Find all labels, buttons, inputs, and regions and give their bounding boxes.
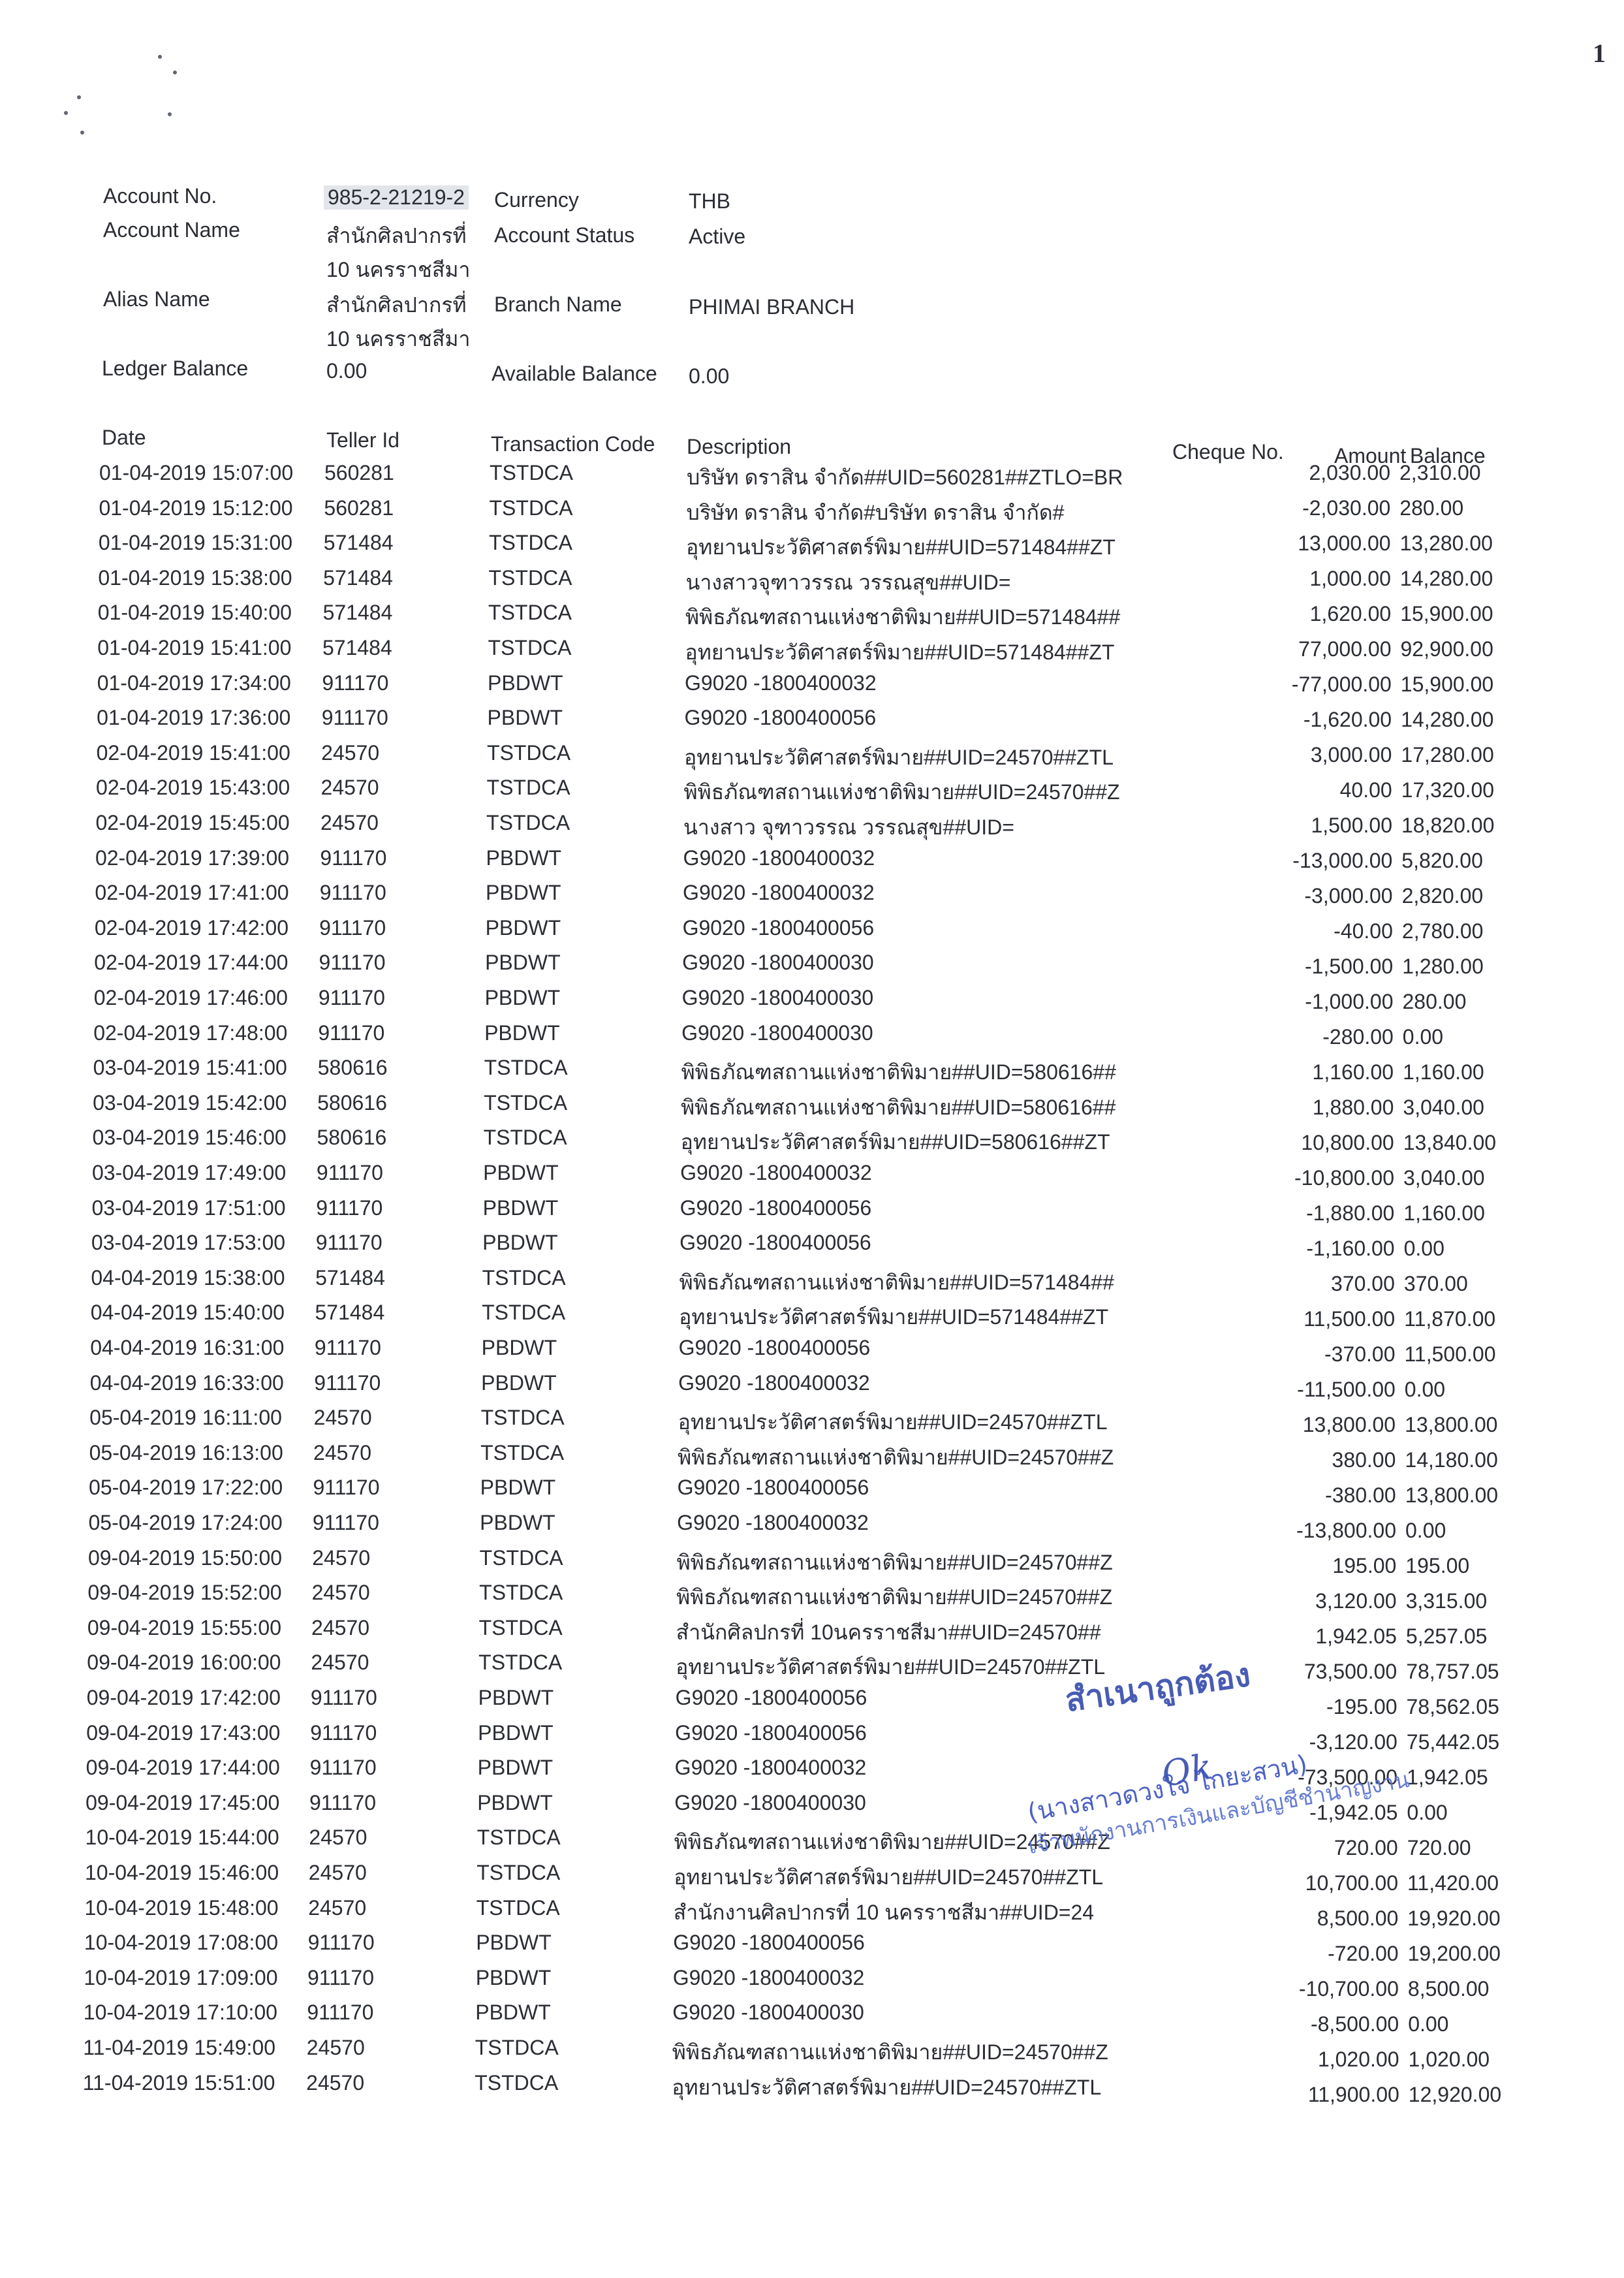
cell-balance: 5,820.00 — [1401, 849, 1483, 873]
cell-teller-id: 24570 — [321, 741, 379, 765]
table-row: 10-04-2019 15:44:0024570TSTDCAพิพิธภัณฑส… — [0, 1826, 1624, 1858]
cell-teller-id: 571484 — [315, 1301, 384, 1325]
cell-transaction-code: TSTDCA — [484, 1056, 568, 1080]
alias-name-line2: 10 นครราชสีมา — [326, 323, 470, 356]
table-row: 09-04-2019 15:50:0024570TSTDCAพิพิธภัณฑส… — [0, 1546, 1624, 1579]
cell-teller-id: 24570 — [312, 1581, 370, 1605]
cell-teller-id: 24570 — [308, 1896, 366, 1920]
alias-name-line1: สำนักศิลปากรที่ — [326, 289, 467, 322]
cell-teller-id: 911170 — [318, 1021, 384, 1045]
table-row: 11-04-2019 15:49:0024570TSTDCAพิพิธภัณฑส… — [0, 2036, 1624, 2068]
cell-amount: 380.00 — [1226, 1448, 1396, 1472]
cell-amount: -370.00 — [1226, 1342, 1396, 1367]
cell-teller-id: 571484 — [315, 1266, 385, 1290]
cell-teller-id: 911170 — [315, 1336, 381, 1360]
cell-balance: 1,160.00 — [1403, 1060, 1484, 1084]
table-row: 10-04-2019 15:48:0024570TSTDCAสำนักงานศิ… — [0, 1896, 1624, 1929]
cell-amount: -720.00 — [1229, 1942, 1399, 1966]
table-row: 05-04-2019 17:22:00911170PBDWTG9020 -180… — [0, 1476, 1624, 1508]
cell-teller-id: 24570 — [311, 1651, 369, 1675]
cell-date: 02-04-2019 17:44:00 — [94, 951, 288, 975]
cell-description: อุทยานประวัติศาสตร์พิมาย##UID=24570##ZTL — [676, 1651, 1105, 1684]
account-status-value: Active — [689, 225, 745, 249]
cell-date: 10-04-2019 17:10:00 — [84, 2001, 277, 2025]
cell-description: G9020 -1800400032 — [685, 671, 877, 695]
cell-balance: 75,442.05 — [1407, 1730, 1499, 1754]
account-no-value: 985-2-21219-2 — [324, 185, 469, 210]
cell-date: 03-04-2019 17:53:00 — [91, 1231, 285, 1255]
cell-transaction-code: PBDWT — [476, 1931, 552, 1955]
cell-transaction-code: PBDWT — [475, 2001, 551, 2025]
table-row: 01-04-2019 15:12:00560281TSTDCAบริษัท ดร… — [0, 496, 1624, 529]
cell-description: G9020 -1800400032 — [683, 881, 875, 905]
cell-transaction-code: PBDWT — [476, 1966, 552, 1990]
cell-transaction-code: TSTDCA — [487, 741, 570, 765]
cell-amount: -13,800.00 — [1226, 1519, 1396, 1543]
cell-description: G9020 -1800400030 — [672, 2001, 864, 2025]
cell-balance: 370.00 — [1404, 1272, 1468, 1296]
cell-amount: 1,160.00 — [1224, 1060, 1394, 1084]
cell-amount: -280.00 — [1224, 1025, 1394, 1049]
cell-balance: 3,040.00 — [1403, 1166, 1485, 1190]
table-row: 09-04-2019 15:55:0024570TSTDCAสำนักศิลปก… — [0, 1616, 1624, 1649]
speck — [168, 112, 172, 116]
table-row: 05-04-2019 16:13:0024570TSTDCAพิพิธภัณฑส… — [0, 1441, 1624, 1474]
cell-amount: -3,000.00 — [1223, 884, 1393, 908]
cell-transaction-code: TSTDCA — [475, 2071, 558, 2095]
cell-teller-id: 24570 — [311, 1616, 369, 1640]
cell-transaction-code: PBDWT — [486, 916, 561, 940]
cell-description: G9020 -1800400056 — [675, 1721, 867, 1745]
cell-description: G9020 -1800400056 — [683, 916, 875, 940]
cell-date: 05-04-2019 16:13:00 — [89, 1441, 283, 1465]
cell-balance: 78,757.05 — [1406, 1660, 1499, 1684]
cell-description: G9020 -1800400032 — [680, 1161, 872, 1185]
cell-amount: -10,800.00 — [1225, 1166, 1394, 1190]
cell-amount: 11,500.00 — [1225, 1307, 1395, 1331]
cell-date: 09-04-2019 17:43:00 — [86, 1721, 280, 1745]
cell-teller-id: 911170 — [310, 1756, 377, 1780]
cell-description: G9020 -1800400056 — [679, 1231, 871, 1255]
cell-date: 05-04-2019 17:22:00 — [89, 1476, 283, 1500]
cell-transaction-code: PBDWT — [478, 1756, 554, 1780]
cell-balance: 1,280.00 — [1402, 955, 1484, 979]
cell-transaction-code: TSTDCA — [481, 1406, 565, 1430]
cell-teller-id: 911170 — [320, 846, 386, 870]
cell-balance: 13,280.00 — [1400, 531, 1493, 556]
cell-date: 02-04-2019 17:46:00 — [94, 986, 288, 1010]
cell-teller-id: 560281 — [324, 496, 394, 520]
cell-balance: 19,200.00 — [1408, 1942, 1501, 1966]
cell-amount: -8,500.00 — [1229, 2012, 1399, 2036]
cell-teller-id: 911170 — [320, 881, 386, 905]
cell-date: 02-04-2019 15:41:00 — [97, 741, 290, 765]
cell-amount: 11,900.00 — [1230, 2083, 1399, 2107]
cell-transaction-code: PBDWT — [481, 1371, 557, 1395]
cell-teller-id: 580616 — [317, 1091, 387, 1115]
speck — [64, 111, 68, 115]
cell-amount: 720.00 — [1228, 1836, 1398, 1860]
cell-amount: 1,942.05 — [1227, 1624, 1397, 1649]
account-status-label: Account Status — [494, 223, 634, 247]
cell-transaction-code: PBDWT — [477, 1791, 553, 1815]
table-row: 03-04-2019 15:42:00580616TSTDCAพิพิธภัณฑ… — [0, 1091, 1624, 1124]
cell-teller-id: 911170 — [322, 671, 388, 695]
cell-teller-id: 911170 — [319, 986, 385, 1010]
cell-date: 04-04-2019 15:38:00 — [91, 1266, 285, 1290]
cell-date: 02-04-2019 15:43:00 — [96, 776, 290, 800]
cell-balance: 13,800.00 — [1405, 1413, 1497, 1437]
cell-amount: 3,000.00 — [1222, 743, 1392, 767]
cell-date: 04-04-2019 15:40:00 — [91, 1301, 285, 1325]
cell-description: G9020 -1800400032 — [675, 1756, 867, 1780]
cell-amount: 3,120.00 — [1227, 1589, 1397, 1613]
cell-amount: 1,620.00 — [1221, 602, 1391, 626]
cell-transaction-code: TSTDCA — [489, 531, 572, 555]
cell-date: 10-04-2019 17:08:00 — [84, 1931, 278, 1955]
table-row: 10-04-2019 15:46:0024570TSTDCAอุทยานประว… — [0, 1861, 1624, 1893]
cell-amount: -1,880.00 — [1225, 1201, 1394, 1226]
table-row: 02-04-2019 17:39:00911170PBDWTG9020 -180… — [0, 846, 1624, 879]
cell-description: G9020 -1800400056 — [676, 1686, 867, 1710]
cell-amount: 73,500.00 — [1227, 1660, 1397, 1684]
cell-amount: -11,500.00 — [1226, 1378, 1396, 1402]
cell-transaction-code: TSTDCA — [477, 1826, 561, 1850]
col-description: Description — [687, 435, 791, 459]
account-name-label: Account Name — [103, 218, 240, 242]
table-row: 11-04-2019 15:51:0024570TSTDCAอุทยานประว… — [0, 2071, 1624, 2104]
cell-date: 01-04-2019 15:07:00 — [99, 461, 293, 485]
cell-teller-id: 911170 — [307, 1966, 374, 1990]
table-row: 02-04-2019 17:46:00911170PBDWTG9020 -180… — [0, 986, 1624, 1019]
cell-balance: 11,870.00 — [1404, 1307, 1495, 1331]
cell-description: อุทยานประวัติศาสตร์พิมาย##UID=571484##ZT — [679, 1301, 1108, 1334]
cell-description: นางสาวจุฑาวรรณ วรรณสุข##UID= — [686, 566, 1011, 599]
cell-transaction-code: TSTDCA — [487, 776, 570, 800]
table-row: 01-04-2019 15:41:00571484TSTDCAอุทยานประ… — [0, 636, 1624, 669]
cell-amount: 13,000.00 — [1221, 531, 1391, 556]
cell-balance: 15,900.00 — [1400, 602, 1493, 626]
cell-balance: 13,840.00 — [1403, 1131, 1496, 1155]
cell-description: นางสาว จุฑาวรรณ วรรณสุข##UID= — [683, 811, 1014, 844]
table-row: 09-04-2019 17:43:00911170PBDWTG9020 -180… — [0, 1721, 1624, 1754]
table-row: 03-04-2019 17:53:00911170PBDWTG9020 -180… — [0, 1231, 1624, 1263]
table-row: 05-04-2019 16:11:0024570TSTDCAอุทยานประว… — [0, 1406, 1624, 1438]
table-row: 02-04-2019 17:44:00911170PBDWTG9020 -180… — [0, 951, 1624, 983]
table-row: 01-04-2019 15:31:00571484TSTDCAอุทยานประ… — [0, 531, 1624, 563]
table-row: 02-04-2019 15:41:0024570TSTDCAอุทยานประว… — [0, 741, 1624, 774]
cell-teller-id: 911170 — [311, 1686, 377, 1710]
cell-description: G9020 -1800400032 — [677, 1511, 869, 1535]
cell-balance: 18,820.00 — [1401, 814, 1494, 838]
cell-amount: -1,500.00 — [1223, 955, 1393, 979]
cell-balance: 15,900.00 — [1401, 672, 1493, 697]
cell-description: สำนักศิลปกรที่ 10นครราชสีมา##UID=24570## — [676, 1616, 1101, 1649]
table-row: 01-04-2019 17:36:00911170PBDWTG9020 -180… — [0, 706, 1624, 738]
cell-balance: 0.00 — [1403, 1025, 1443, 1049]
cell-balance: 17,320.00 — [1401, 778, 1494, 802]
table-row: 10-04-2019 17:08:00911170PBDWTG9020 -180… — [0, 1931, 1624, 1963]
cell-teller-id: 911170 — [309, 1791, 376, 1815]
cell-description: G9020 -1800400056 — [673, 1931, 865, 1955]
cell-description: G9020 -1800400056 — [685, 706, 877, 730]
available-balance-label: Available Balance — [492, 362, 657, 386]
page-number: 1 — [1593, 38, 1606, 69]
cell-balance: 17,280.00 — [1401, 743, 1493, 767]
cell-amount: -3,120.00 — [1228, 1730, 1398, 1754]
cell-description: บริษัท ดราสิน จำกัด#บริษัท ดราสิน จำกัด# — [687, 496, 1065, 530]
cell-balance: 2,780.00 — [1402, 919, 1484, 943]
table-row: 05-04-2019 17:24:00911170PBDWTG9020 -180… — [0, 1511, 1624, 1543]
table-row: 09-04-2019 16:00:0024570TSTDCAอุทยานประว… — [0, 1651, 1624, 1683]
table-row: 02-04-2019 17:48:00911170PBDWTG9020 -180… — [0, 1021, 1624, 1054]
cell-transaction-code: PBDWT — [485, 951, 561, 975]
table-row: 09-04-2019 15:52:0024570TSTDCAพิพิธภัณฑส… — [0, 1581, 1624, 1613]
cell-amount: 10,800.00 — [1225, 1131, 1394, 1155]
table-row: 04-04-2019 15:40:00571484TSTDCAอุทยานประ… — [0, 1301, 1624, 1333]
available-balance-value: 0.00 — [689, 364, 729, 388]
speck — [173, 71, 177, 74]
cell-transaction-code: PBDWT — [478, 1721, 554, 1745]
cell-balance: 14,180.00 — [1405, 1448, 1497, 1472]
cell-description: พิพิธภัณฑสถานแห่งชาติพิมาย##UID=580616## — [681, 1056, 1116, 1089]
cell-balance: 11,420.00 — [1407, 1871, 1499, 1895]
cell-amount: -1,620.00 — [1222, 708, 1392, 732]
table-row: 01-04-2019 15:40:00571484TSTDCAพิพิธภัณฑ… — [0, 601, 1624, 633]
cell-description: G9020 -1800400030 — [681, 1021, 873, 1045]
cell-amount: 10,700.00 — [1228, 1871, 1398, 1895]
cell-balance: 12,920.00 — [1409, 2083, 1501, 2107]
cell-date: 09-04-2019 15:55:00 — [87, 1616, 281, 1640]
cell-balance: 1,942.05 — [1407, 1765, 1488, 1790]
cell-amount: 40.00 — [1223, 778, 1392, 802]
cell-balance: 0.00 — [1404, 1237, 1444, 1261]
cell-description: G9020 -1800400056 — [678, 1476, 869, 1500]
cell-transaction-code: TSTDCA — [476, 1861, 560, 1885]
cell-description: พิพิธภัณฑสถานแห่งชาติพิมาย##UID=571484## — [685, 601, 1120, 634]
currency-label: Currency — [494, 188, 579, 212]
cell-teller-id: 911170 — [319, 951, 386, 975]
cell-date: 02-04-2019 17:42:00 — [95, 916, 289, 940]
cell-transaction-code: TSTDCA — [488, 601, 572, 625]
cell-transaction-code: PBDWT — [482, 1231, 558, 1255]
cell-amount: 77,000.00 — [1222, 637, 1392, 661]
cell-date: 09-04-2019 15:52:00 — [87, 1581, 281, 1605]
cell-description: อุทยานประวัติศาสตร์พิมาย##UID=24570##ZTL — [684, 741, 1114, 774]
cell-date: 05-04-2019 16:11:00 — [89, 1406, 282, 1430]
cell-date: 01-04-2019 15:31:00 — [99, 531, 292, 555]
col-teller-id: Teller Id — [326, 428, 399, 452]
cell-teller-id: 911170 — [308, 1931, 375, 1955]
table-row: 09-04-2019 17:42:00911170PBDWTG9020 -180… — [0, 1686, 1624, 1718]
table-row: 10-04-2019 17:10:00911170PBDWTG9020 -180… — [0, 2001, 1624, 2033]
table-row: 04-04-2019 16:31:00911170PBDWTG9020 -180… — [0, 1336, 1624, 1368]
cell-amount: -380.00 — [1226, 1483, 1396, 1508]
currency-value: THB — [689, 189, 730, 214]
cell-amount: 1,000.00 — [1221, 567, 1391, 591]
cell-date: 03-04-2019 17:51:00 — [91, 1196, 285, 1220]
speck — [77, 95, 81, 99]
cell-teller-id: 911170 — [314, 1371, 381, 1395]
cell-teller-id: 24570 — [309, 1826, 367, 1850]
cell-teller-id: 571484 — [324, 531, 394, 555]
cell-date: 09-04-2019 17:42:00 — [87, 1686, 281, 1710]
cell-balance: 13,800.00 — [1405, 1483, 1498, 1508]
cell-date: 03-04-2019 15:41:00 — [93, 1056, 287, 1080]
table-row: 04-04-2019 16:33:00911170PBDWTG9020 -180… — [0, 1371, 1624, 1404]
cell-description: G9020 -1800400030 — [682, 951, 874, 975]
cell-date: 02-04-2019 17:48:00 — [93, 1021, 287, 1045]
table-row: 03-04-2019 17:51:00911170PBDWTG9020 -180… — [0, 1196, 1624, 1229]
cell-teller-id: 580616 — [317, 1126, 387, 1150]
cell-transaction-code: TSTDCA — [482, 1266, 566, 1290]
table-row: 02-04-2019 17:42:00911170PBDWTG9020 -180… — [0, 916, 1624, 949]
cell-teller-id: 571484 — [323, 566, 393, 590]
cell-teller-id: 24570 — [314, 1406, 372, 1430]
cell-teller-id: 24570 — [306, 2071, 364, 2095]
cell-transaction-code: TSTDCA — [475, 2036, 559, 2060]
speck — [158, 55, 162, 59]
cell-balance: 2,820.00 — [1402, 884, 1484, 908]
cell-teller-id: 911170 — [317, 1161, 383, 1185]
cell-transaction-code: TSTDCA — [476, 1896, 560, 1920]
cell-amount: -77,000.00 — [1222, 672, 1392, 697]
cell-balance: 280.00 — [1403, 990, 1467, 1014]
cell-amount: -2,030.00 — [1221, 496, 1390, 520]
table-row: 01-04-2019 15:07:00560281TSTDCAบริษัท ดร… — [0, 461, 1624, 494]
cell-transaction-code: PBDWT — [486, 881, 561, 905]
cell-transaction-code: TSTDCA — [486, 811, 570, 835]
cell-amount: 195.00 — [1226, 1554, 1396, 1578]
cell-description: พิพิธภัณฑสถานแห่งชาติพิมาย##UID=24570##Z — [676, 1581, 1112, 1614]
cell-teller-id: 24570 — [320, 811, 379, 835]
cell-description: G9020 -1800400056 — [680, 1196, 872, 1220]
cell-transaction-code: TSTDCA — [484, 1126, 567, 1150]
cell-amount: 8,500.00 — [1228, 1906, 1398, 1931]
cell-teller-id: 24570 — [307, 2036, 365, 2060]
table-row: 01-04-2019 17:34:00911170PBDWTG9020 -180… — [0, 671, 1624, 704]
cell-transaction-code: TSTDCA — [478, 1651, 562, 1675]
cell-teller-id: 911170 — [319, 916, 386, 940]
cell-amount: 13,800.00 — [1226, 1413, 1396, 1437]
cell-date: 09-04-2019 17:44:00 — [86, 1756, 280, 1780]
cell-description: พิพิธภัณฑสถานแห่งชาติพิมาย##UID=571484## — [679, 1266, 1114, 1299]
cell-transaction-code: TSTDCA — [489, 566, 572, 590]
cell-balance: 8,500.00 — [1408, 1977, 1490, 2001]
cell-balance: 19,920.00 — [1407, 1906, 1500, 1931]
table-row: 03-04-2019 15:41:00580616TSTDCAพิพิธภัณฑ… — [0, 1056, 1624, 1088]
cell-balance: 14,280.00 — [1401, 708, 1493, 732]
cell-balance: 78,562.05 — [1407, 1695, 1499, 1719]
table-row: 03-04-2019 15:46:00580616TSTDCAอุทยานประ… — [0, 1126, 1624, 1158]
account-name-line2: 10 นครราชสีมา — [326, 253, 470, 287]
cell-transaction-code: TSTDCA — [480, 1441, 564, 1465]
cell-transaction-code: PBDWT — [486, 846, 562, 870]
cell-transaction-code: PBDWT — [483, 1161, 559, 1185]
cell-description: พิพิธภัณฑสถานแห่งชาติพิมาย##UID=24570##Z — [684, 776, 1120, 809]
cell-teller-id: 911170 — [322, 706, 388, 730]
cell-teller-id: 560281 — [324, 461, 394, 485]
cell-amount: -13,000.00 — [1223, 849, 1392, 873]
cell-transaction-code: PBDWT — [484, 1021, 560, 1045]
table-row: 01-04-2019 15:38:00571484TSTDCAนางสาวจุฑ… — [0, 566, 1624, 599]
speck — [80, 131, 84, 134]
cell-description: สำนักงานศิลปากรที่ 10 นครราชสีมา##UID=24 — [674, 1896, 1094, 1929]
cell-date: 01-04-2019 15:38:00 — [98, 566, 292, 590]
cell-transaction-code: PBDWT — [485, 986, 561, 1010]
table-row: 02-04-2019 15:45:0024570TSTDCAนางสาว จุฑ… — [0, 811, 1624, 844]
cell-date: 10-04-2019 15:44:00 — [86, 1826, 279, 1850]
cell-amount: 370.00 — [1225, 1272, 1395, 1296]
cell-transaction-code: PBDWT — [483, 1196, 559, 1220]
cell-description: G9020 -1800400032 — [683, 846, 875, 870]
cell-balance: 720.00 — [1407, 1836, 1471, 1860]
col-date: Date — [102, 426, 146, 450]
cell-teller-id: 911170 — [316, 1231, 383, 1255]
cell-teller-id: 571484 — [323, 601, 393, 625]
cell-description: G9020 -1800400056 — [679, 1336, 871, 1360]
cell-description: พิพิธภัณฑสถานแห่งชาติพิมาย##UID=24570##Z — [672, 2036, 1108, 2069]
col-transaction-code: Transaction Code — [491, 432, 655, 456]
cell-date: 03-04-2019 17:49:00 — [92, 1161, 286, 1185]
cell-transaction-code: TSTDCA — [488, 636, 572, 660]
cell-transaction-code: TSTDCA — [479, 1616, 563, 1640]
cell-transaction-code: TSTDCA — [480, 1546, 563, 1570]
cell-description: G9020 -1800400032 — [673, 1966, 865, 1990]
cell-date: 03-04-2019 15:46:00 — [93, 1126, 287, 1150]
ledger-balance-value: 0.00 — [326, 359, 367, 383]
cell-transaction-code: PBDWT — [488, 706, 563, 730]
cell-balance: 0.00 — [1405, 1378, 1445, 1402]
cell-date: 01-04-2019 17:36:00 — [97, 706, 290, 730]
cell-date: 10-04-2019 15:46:00 — [85, 1861, 279, 1885]
alias-name-label: Alias Name — [103, 287, 210, 311]
cell-description: พิพิธภัณฑสถานแห่งชาติพิมาย##UID=24570##Z — [678, 1441, 1114, 1474]
cell-transaction-code: TSTDCA — [490, 461, 573, 485]
cell-date: 11-04-2019 15:51:00 — [83, 2071, 275, 2095]
cell-description: G9020 -1800400032 — [678, 1371, 870, 1395]
cell-balance: 280.00 — [1399, 496, 1463, 520]
cell-teller-id: 24570 — [309, 1861, 367, 1885]
cell-amount: 2,030.00 — [1221, 461, 1390, 485]
cell-amount: -1,160.00 — [1225, 1237, 1395, 1261]
cell-description: G9020 -1800400030 — [674, 1791, 866, 1815]
cell-description: อุทยานประวัติศาสตร์พิมาย##UID=24570##ZTL — [672, 2071, 1101, 2104]
cell-amount: -40.00 — [1223, 919, 1393, 943]
cell-transaction-code: PBDWT — [478, 1686, 554, 1710]
cell-balance: 5,257.05 — [1406, 1624, 1488, 1649]
cell-transaction-code: TSTDCA — [490, 496, 573, 520]
cell-teller-id: 24570 — [312, 1546, 370, 1570]
cell-balance: 14,280.00 — [1400, 567, 1493, 591]
cell-date: 02-04-2019 15:45:00 — [96, 811, 290, 835]
cell-date: 03-04-2019 15:42:00 — [93, 1091, 287, 1115]
cell-balance: 0.00 — [1407, 1801, 1447, 1825]
cell-amount: 1,500.00 — [1223, 814, 1392, 838]
table-row: 03-04-2019 17:49:00911170PBDWTG9020 -180… — [0, 1161, 1624, 1194]
cell-date: 11-04-2019 15:49:00 — [83, 2036, 275, 2060]
cell-amount: -1,000.00 — [1224, 990, 1394, 1014]
branch-name-label: Branch Name — [494, 293, 622, 317]
cell-description: อุทยานประวัติศาสตร์พิมาย##UID=571484##ZT — [685, 636, 1115, 669]
cell-transaction-code: PBDWT — [482, 1336, 557, 1360]
cell-balance: 0.00 — [1405, 1519, 1446, 1543]
cell-transaction-code: PBDWT — [488, 671, 563, 695]
cell-balance: 0.00 — [1408, 2012, 1448, 2036]
account-name-line1: สำนักศิลปากรที่ — [326, 219, 467, 253]
cell-date: 02-04-2019 17:39:00 — [95, 846, 289, 870]
cell-date: 10-04-2019 15:48:00 — [84, 1896, 278, 1920]
